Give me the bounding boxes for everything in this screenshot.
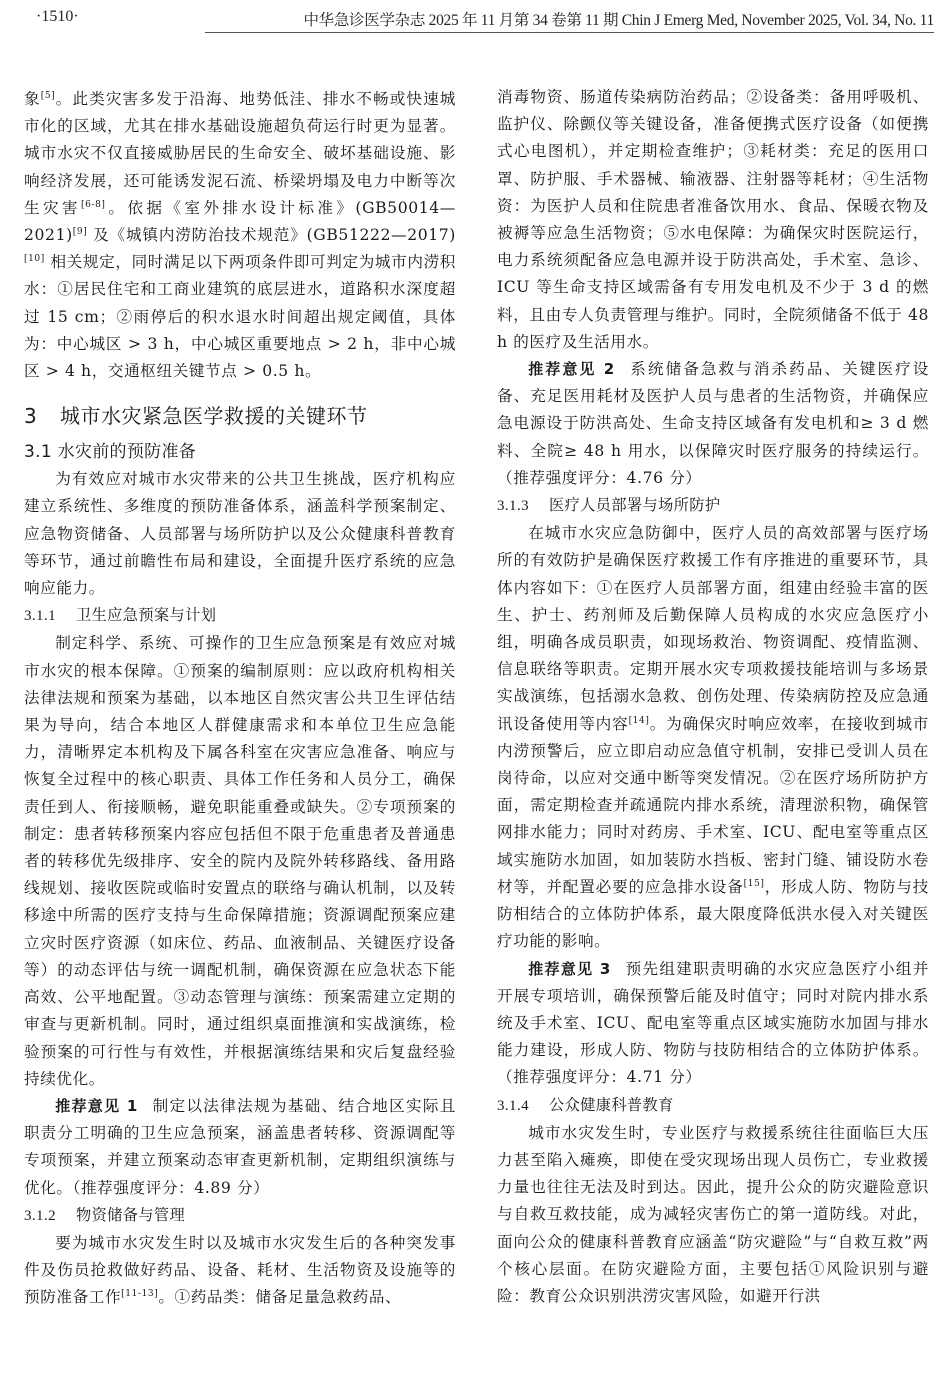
right-column: 消毒物资、肠道传染病防治药品；②设备类：备用呼吸机、监护仪、除颤仪等关键设备，准…	[497, 84, 929, 1310]
recommendation-text: 系统储备急救与消杀药品、关键医疗设备、充足医用耗材及医护人员与患者的生活物资，并…	[497, 360, 929, 487]
section-title: 医疗人员部署与场所防护	[549, 496, 720, 514]
section-heading-3-1: 3.1 水灾前的预防准备	[24, 439, 456, 466]
section-title: 物资储备与管理	[76, 1206, 185, 1224]
recommendation-2: 推荐意见 2系统储备急救与消杀药品、关键医疗设备、充足医用耗材及医护人员与患者的…	[497, 356, 929, 492]
section-3-1-2-body: 要为城市水灾发生时以及城市水灾发生后的各种突发事件及伤员抢救做好药品、设备、耗材…	[24, 1230, 456, 1312]
section-heading-3-1-3: 3.1.3医疗人员部署与场所防护	[497, 492, 929, 520]
section-heading-3-1-1: 3.1.1卫生应急预案与计划	[24, 602, 456, 630]
text: 及《城镇内涝防治技术规范》(GB51222—2017)	[87, 226, 456, 244]
section-title: 公众健康科普教育	[549, 1096, 674, 1114]
section-title: 城市水灾紧急医学救援的关键环节	[60, 404, 368, 428]
section-heading-3-1-4: 3.1.4公众健康科普教育	[497, 1092, 929, 1120]
citation: [5]	[41, 91, 56, 101]
section-heading-3-1-2: 3.1.2物资储备与管理	[24, 1202, 456, 1230]
citation: [14]	[629, 716, 650, 726]
text: 。为确保灾时响应效率，在接收到城市内涝预警后，应立即启动应急值守机制，安排已受训…	[497, 715, 929, 896]
journal-running-title: 中华急诊医学杂志 2025 年 11 月第 34 卷第 11 期 Chin J …	[205, 8, 934, 33]
recommendation-label: 推荐意见 3	[528, 960, 611, 978]
section-number: 3	[24, 403, 60, 429]
text: 。①药品类：储备足量急救药品、	[158, 1288, 401, 1306]
section-heading-3: 3城市水灾紧急医学救援的关键环节	[24, 403, 456, 429]
intro-paragraph: 象[5]。此类灾害多发于沿海、地势低洼、排水不畅或快速城市化的区域，尤其在排水基…	[24, 86, 456, 385]
section-3-1-1-body: 制定科学、系统、可操作的卫生应急预案是有效应对城市水灾的根本保障。①预案的编制原…	[24, 630, 456, 1092]
text: 。此类灾害多发于沿海、地势低洼、排水不畅或快速城市化的区域，尤其在排水基础设施超…	[24, 90, 456, 217]
citation: [10]	[24, 254, 45, 264]
page-header: ·1510· 中华急诊医学杂志 2025 年 11 月第 34 卷第 11 期 …	[0, 0, 948, 46]
recommendation-1: 推荐意见 1制定以法律法规为基础、结合地区实际且职责分工明确的卫生应急预案，涵盖…	[24, 1093, 456, 1202]
recommendation-3: 推荐意见 3预先组建职责明确的水灾应急医疗小组并开展专项培训，确保预警后能及时值…	[497, 956, 929, 1092]
recommendation-label: 推荐意见 1	[55, 1097, 138, 1115]
recommendation-label: 推荐意见 2	[528, 360, 615, 378]
text: 象	[24, 90, 41, 108]
citation: [11-13]	[121, 1289, 158, 1299]
text: 在城市水灾应急防御中，医疗人员的高效部署与医疗场所的有效防护是确保医疗救援工作有…	[497, 524, 929, 732]
recommendation-text: 预先组建职责明确的水灾应急医疗小组并开展专项培训，确保预警后能及时值守；同时对院…	[497, 960, 929, 1087]
section-title: 卫生应急预案与计划	[76, 606, 216, 624]
text: 相关规定，同时满足以下两项条件即可判定为城市内涝积水：①居民住宅和工商业建筑的底…	[24, 253, 456, 380]
section-3-1-body: 为有效应对城市水灾带来的公共卫生挑战，医疗机构应建立系统性、多维度的预防准备体系…	[24, 466, 456, 602]
citation: [15]	[744, 879, 765, 889]
section-number: 3.1.3	[497, 493, 549, 520]
left-column: 象[5]。此类灾害多发于沿海、地势低洼、排水不畅或快速城市化的区域，尤其在排水基…	[24, 86, 456, 1312]
section-3-1-3-body: 在城市水灾应急防御中，医疗人员的高效部署与医疗场所的有效防护是确保医疗救援工作有…	[497, 520, 929, 955]
section-3-1-2-body-continued: 消毒物资、肠道传染病防治药品；②设备类：备用呼吸机、监护仪、除颤仪等关键设备，准…	[497, 84, 929, 356]
section-number: 3.1.1	[24, 603, 76, 630]
section-number: 3.1.4	[497, 1093, 549, 1120]
citation: [6-8]	[81, 200, 106, 210]
section-3-1-4-body: 城市水灾发生时，专业医疗与救援系统往往面临巨大压力甚至陷入瘫痪，即使在受灾现场出…	[497, 1120, 929, 1310]
page-number: ·1510·	[36, 8, 79, 26]
section-number: 3.1.2	[24, 1203, 76, 1230]
citation: [9]	[73, 227, 88, 237]
